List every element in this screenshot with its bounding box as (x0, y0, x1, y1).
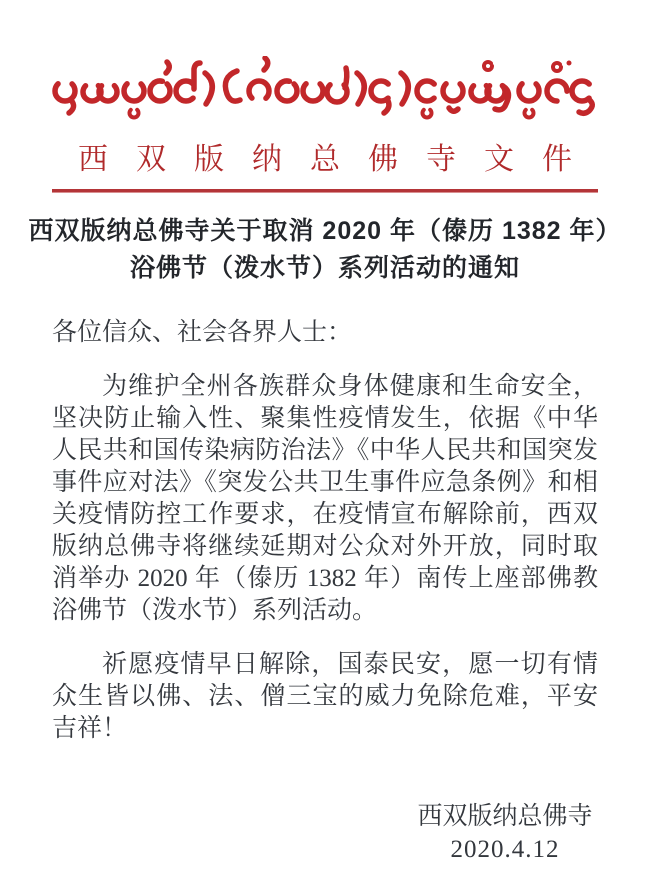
document-heading-text: 西双版纳总佛寺文件 (78, 143, 600, 176)
signature-date: 2020.4.12 (417, 833, 593, 866)
notice-title: 西双版纳总佛寺关于取消 2020 年（傣历 1382 年） 浴佛节（泼水节）系列… (0, 213, 650, 287)
red-divider (52, 189, 598, 193)
dai-script-text: ဥကသ္ဓဝ့်ပ်ာဇေတ်မဟာရာဇဗ္ဗုသျှိသ္ဂရုံဠ (599, 56, 600, 57)
document-page: ဥကသ္ဓဝ့်ပ်ာဇေတ်မဟာရာဇဗ္ဗုသျှိသ္ဂရုံဠ 西双版… (0, 0, 650, 880)
notice-title-line1: 西双版纳总佛寺关于取消 2020 年（傣历 1382 年） (0, 213, 650, 250)
dai-script-line: ဥကသ္ဓဝ့်ပ်ာဇေတ်မဟာရာဇဗ္ဗုသျှိသ္ဂရုံဠ (0, 0, 650, 122)
notice-title-line2: 浴佛节（泼水节）系列活动的通知 (0, 250, 650, 287)
signature-block: 西双版纳总佛寺 2020.4.12 (417, 800, 593, 866)
salutation: 各位信众、社会各界人士： (52, 317, 598, 349)
document-heading: 西双版纳总佛寺文件 (0, 142, 650, 177)
dai-script-art (51, 56, 599, 122)
signature-name: 西双版纳总佛寺 (417, 800, 593, 833)
paragraph-2: 祈愿疫情早日解除，国泰民安，愿一切有情众生皆以佛、法、僧三宝的威力免除危难，平安… (52, 649, 598, 745)
paragraph-1: 为维护全州各族群众身体健康和生命安全，坚决防止输入性、聚集性疫情发生，依据《中华… (52, 371, 598, 627)
